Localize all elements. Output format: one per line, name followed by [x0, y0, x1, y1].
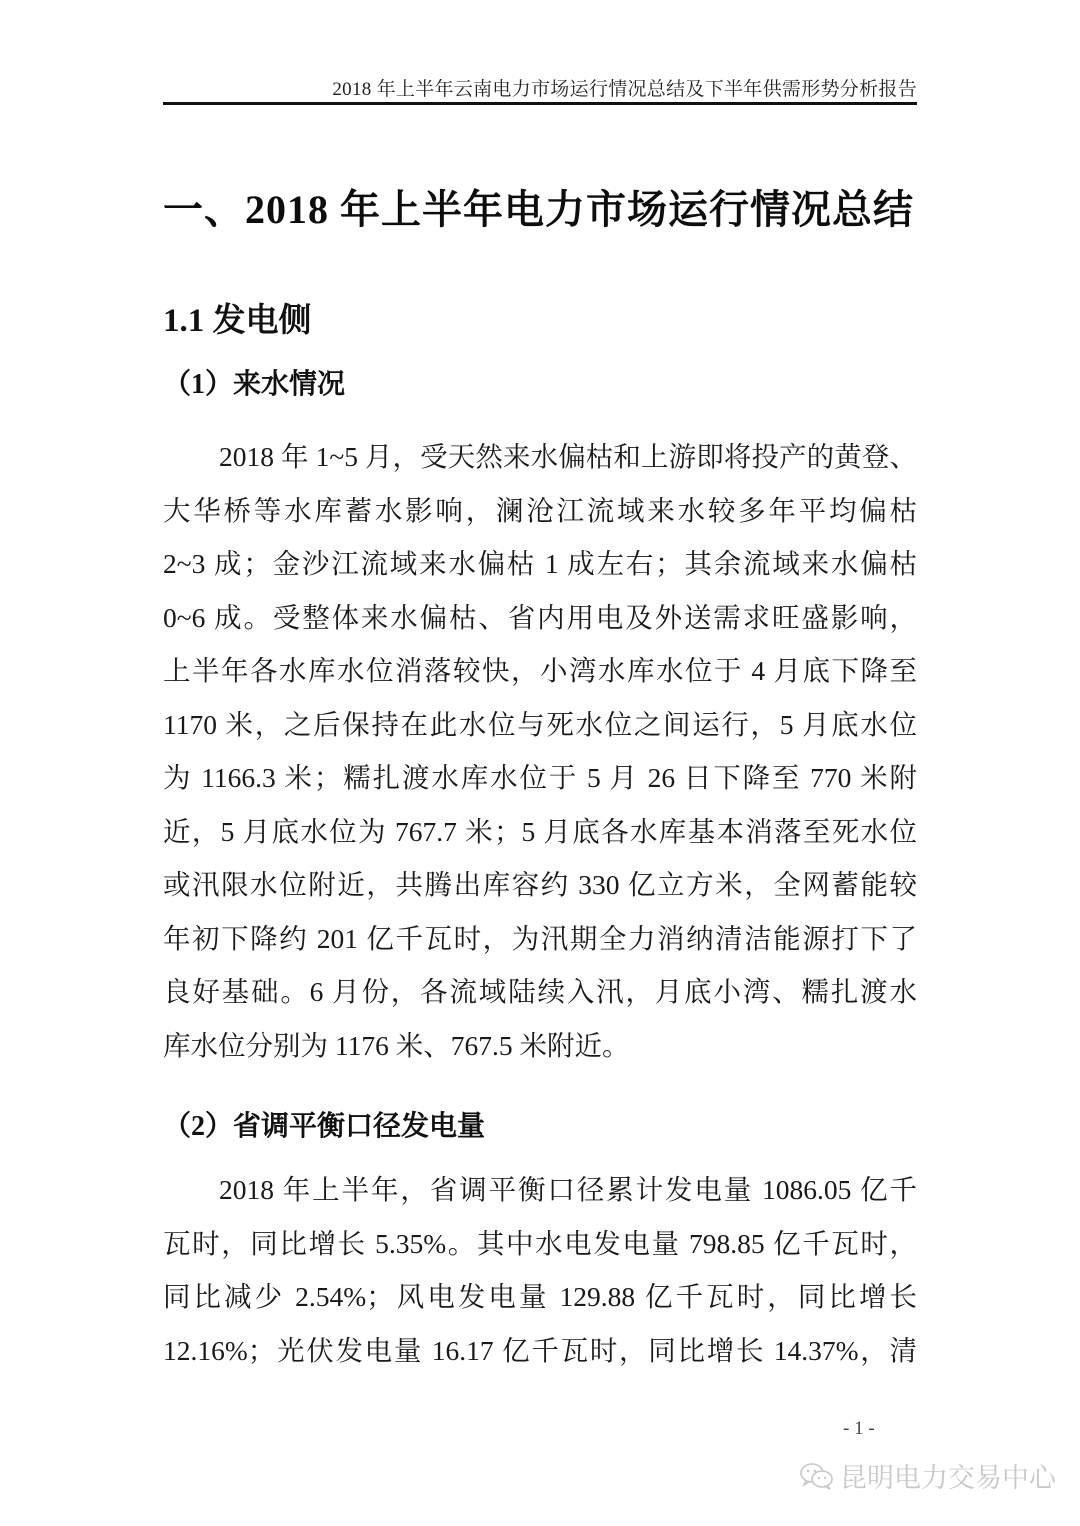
- paragraph-line: 良好基础。6 月份，各流域陆续入汛，月底小湾、糯扎渡水: [163, 965, 917, 1019]
- paragraph-line: 2018 年上半年，省调平衡口径累计发电量 1086.05 亿千: [163, 1163, 917, 1217]
- paragraph-line: 0~6 成。受整体来水偏枯、省内用电及外送需求旺盛影响，: [163, 591, 917, 645]
- paragraph-line: 2~3 成；金沙江流域来水偏枯 1 成左右；其余流域来水偏枯: [163, 537, 917, 591]
- paragraph-inflow: 2018 年 1~5 月，受天然来水偏枯和上游即将投产的黄登、 大华桥等水库蓄水…: [163, 430, 917, 1072]
- wechat-icon: [800, 1462, 834, 1490]
- subsection-title-inflow: （1）来水情况: [163, 362, 345, 402]
- watermark: 昆明电力交易中心: [800, 1456, 1056, 1495]
- paragraph-generation: 2018 年上半年，省调平衡口径累计发电量 1086.05 亿千 瓦时，同比增长…: [163, 1163, 917, 1377]
- paragraph-line: 为 1166.3 米；糯扎渡水库水位于 5 月 26 日下降至 770 米附: [163, 751, 917, 805]
- paragraph-line: 瓦时，同比增长 5.35%。其中水电发电量 798.85 亿千瓦时，: [163, 1217, 917, 1271]
- paragraph-line: 库水位分别为 1176 米、767.5 米附近。: [163, 1019, 917, 1073]
- chapter-title: 一、2018 年上半年电力市场运行情况总结: [163, 178, 914, 235]
- subsection-title-generation: （2）省调平衡口径发电量: [163, 1104, 485, 1144]
- paragraph-line: 上半年各水库水位消落较快，小湾水库水位于 4 月底下降至: [163, 644, 917, 698]
- paragraph-line: 年初下降约 201 亿千瓦时，为汛期全力消纳清洁能源打下了: [163, 912, 917, 966]
- paragraph-line: 或汛限水位附近，共腾出库容约 330 亿立方米，全网蓄能较: [163, 858, 917, 912]
- paragraph-line: 2018 年 1~5 月，受天然来水偏枯和上游即将投产的黄登、: [163, 430, 917, 484]
- watermark-text: 昆明电力交易中心: [840, 1456, 1056, 1495]
- section-title: 1.1 发电侧: [163, 294, 312, 341]
- paragraph-line: 同比减少 2.54%；风电发电量 129.88 亿千瓦时，同比增长: [163, 1270, 917, 1324]
- paragraph-line: 12.16%；光伏发电量 16.17 亿千瓦时，同比增长 14.37%，清: [163, 1324, 917, 1378]
- paragraph-line: 近，5 月底水位为 767.7 米；5 月底各水库基本消落至死水位: [163, 805, 917, 859]
- page-number: - 1 -: [843, 1418, 875, 1440]
- header-rule: [163, 102, 917, 105]
- paragraph-line: 大华桥等水库蓄水影响，澜沧江流域来水较多年平均偏枯: [163, 484, 917, 538]
- running-header: 2018 年上半年云南电力市场运行情况总结及下半年供需形势分析报告: [163, 74, 917, 101]
- paragraph-line: 1170 米，之后保持在此水位与死水位之间运行，5 月底水位: [163, 698, 917, 752]
